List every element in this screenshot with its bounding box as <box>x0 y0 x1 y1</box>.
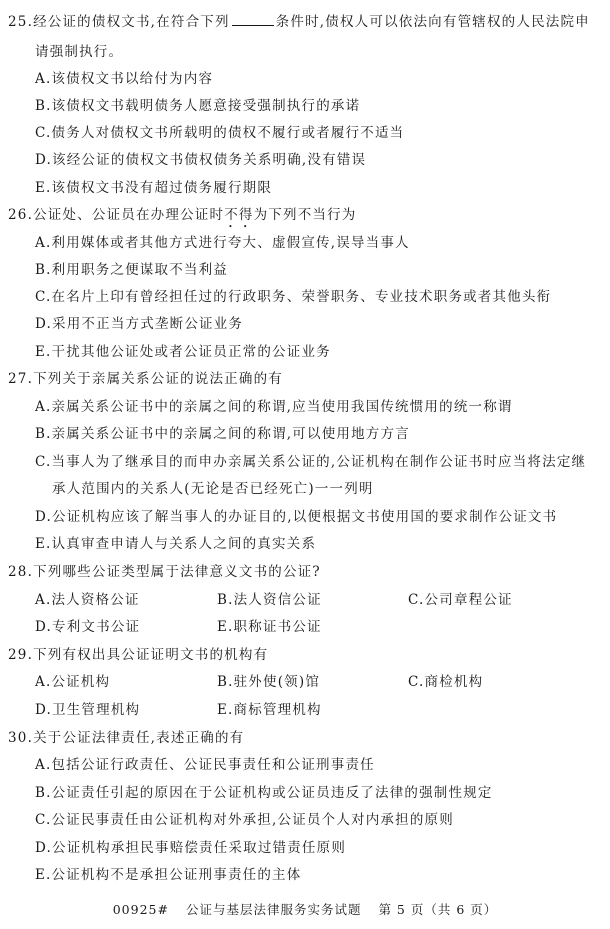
stem-text: 下列哪些公证类型属于法律意义文书的公证? <box>33 564 321 580</box>
question-number: 29. <box>8 647 33 663</box>
option-a: A.公证机构 <box>35 670 110 690</box>
option-d: D.公证机构应该了解当事人的办证目的,以便根据文书使用国的要求制作公证文书 <box>35 505 557 525</box>
option-c: C.公司章程公证 <box>408 588 513 608</box>
stem-text: 经公证的债权文书,在符合下列 <box>33 14 230 30</box>
option-c: C.在名片上印有曾经担任过的行政职务、荣誉职务、专业技术职务或者其他头衔 <box>35 285 551 305</box>
question-number: 27. <box>8 371 33 387</box>
option-e: E.公证机构不是承担公证刑事责任的主体 <box>35 863 301 883</box>
option-b: B.该债权文书载明债务人愿意接受强制执行的承诺 <box>35 94 360 114</box>
question-29-stem: 29.下列有权出具公证证明文书的机构有 <box>8 643 268 663</box>
option-a: A.亲属关系公证书中的亲属之间的称谓,应当使用我国传统惯用的统一称谓 <box>35 395 513 415</box>
option-e: E.干扰其他公证处或者公证员正常的公证业务 <box>35 340 331 360</box>
option-c: C.当事人为了继承目的而申办亲属关系公证的,公证机构在制作公证书时应当将法定继 <box>35 450 586 470</box>
option-e: E.职称证书公证 <box>217 615 322 635</box>
option-a: A.利用媒体或者其他方式进行夸大、虚假宣传,误导当事人 <box>35 231 410 251</box>
option-e: E.商标管理机构 <box>217 698 322 718</box>
option-c: C.商检机构 <box>408 670 483 690</box>
option-c-continued: 承人范围内的关系人(无论是否已经死亡)一一列明 <box>52 477 374 497</box>
stem-text: 条件时,债权人可以依法向有管辖权的人民法院申 <box>276 14 590 30</box>
option-c: C.债务人对债权文书所载明的债权不履行或者履行不适当 <box>35 121 404 141</box>
question-number: 28. <box>8 564 33 580</box>
question-25-stem-continued: 请强制执行。 <box>35 40 123 60</box>
question-number: 26. <box>8 207 33 223</box>
option-b: B.利用职务之便谋取不当利益 <box>35 258 228 278</box>
question-number: 25. <box>8 14 33 30</box>
option-a: A.包括公证行政责任、公证民事责任和公证刑事责任 <box>35 753 375 773</box>
stem-text: 为下列不当行为 <box>254 207 357 223</box>
option-a: A.法人资格公证 <box>35 588 140 608</box>
question-25-stem: 25.经公证的债权文书,在符合下列条件时,债权人可以依法向有管辖权的人民法院申 <box>8 10 590 30</box>
option-b: B.驻外使(领)馆 <box>217 670 320 690</box>
option-b: B.法人资信公证 <box>217 588 322 608</box>
stem-text: 关于公证法律责任,表述正确的有 <box>33 730 244 746</box>
exam-title: 公证与基层法律服务实务试题 <box>186 902 362 917</box>
question-number: 30. <box>8 730 33 746</box>
option-d: D.采用不正当方式垄断公证业务 <box>35 312 243 332</box>
fill-in-blank <box>232 13 274 26</box>
option-d: D.该经公证的债权文书债权债务关系明确,没有错误 <box>35 148 366 168</box>
course-code: 00925# <box>113 902 169 917</box>
emphasized-text: 不得 <box>224 207 253 223</box>
stem-text: 下列关于亲属关系公证的说法正确的有 <box>33 371 283 387</box>
question-26-stem: 26.公证处、公证员在办理公证时不得为下列不当行为 <box>8 203 357 231</box>
option-c: C.公证民事责任由公证机构对外承担,公证员个人对内承担的原则 <box>35 808 454 828</box>
option-e: E.认真审查申请人与关系人之间的真实关系 <box>35 532 316 552</box>
stem-text: 下列有权出具公证证明文书的机构有 <box>33 647 268 663</box>
option-e: E.该债权文书没有超过债务履行期限 <box>35 176 272 196</box>
question-28-stem: 28.下列哪些公证类型属于法律意义文书的公证? <box>8 560 321 580</box>
page-number: 第 5 页（共 6 页） <box>378 902 497 917</box>
page-footer: 00925# 公证与基层法律服务实务试题 第 5 页（共 6 页） <box>0 900 610 918</box>
stem-text: 公证处、公证员在办理公证时 <box>33 207 224 223</box>
option-d: D.专利文书公证 <box>35 615 140 635</box>
option-d: D.卫生管理机构 <box>35 698 140 718</box>
option-b: B.亲属关系公证书中的亲属之间的称谓,可以使用地方方言 <box>35 422 410 442</box>
option-d: D.公证机构承担民事赔偿责任采取过错责任原则 <box>35 836 346 856</box>
question-30-stem: 30.关于公证法律责任,表述正确的有 <box>8 726 244 746</box>
option-b: B.公证责任引起的原因在于公证机构或公证员违反了法律的强制性规定 <box>35 781 493 801</box>
option-a: A.该债权文书以给付为内容 <box>35 67 213 87</box>
question-27-stem: 27.下列关于亲属关系公证的说法正确的有 <box>8 367 283 387</box>
